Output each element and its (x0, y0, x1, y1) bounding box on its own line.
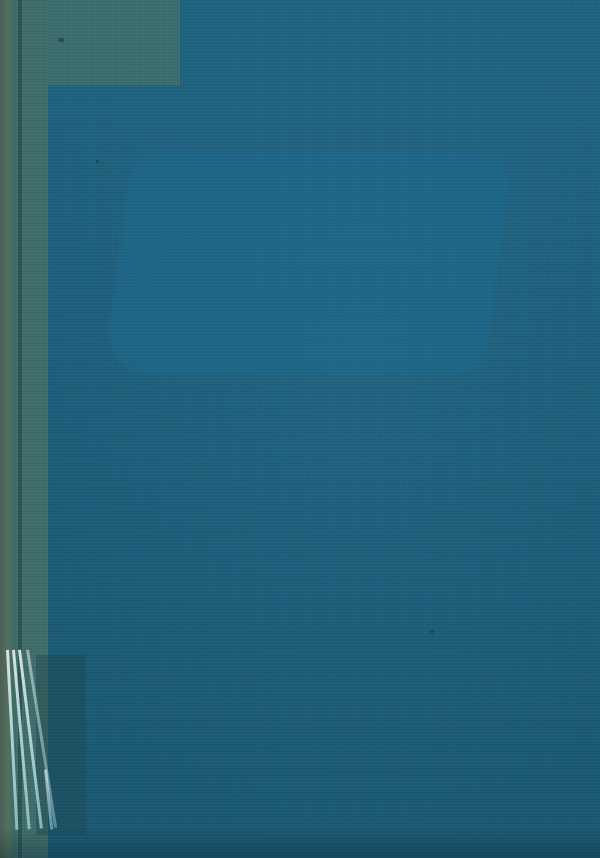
blind-emboss-title (102, 150, 514, 375)
stain-speck (430, 630, 434, 633)
book-cover (0, 0, 600, 858)
stain-speck (96, 160, 99, 163)
library-tape (0, 650, 60, 840)
bottom-shadow (0, 828, 600, 858)
stain-speck (58, 38, 64, 42)
